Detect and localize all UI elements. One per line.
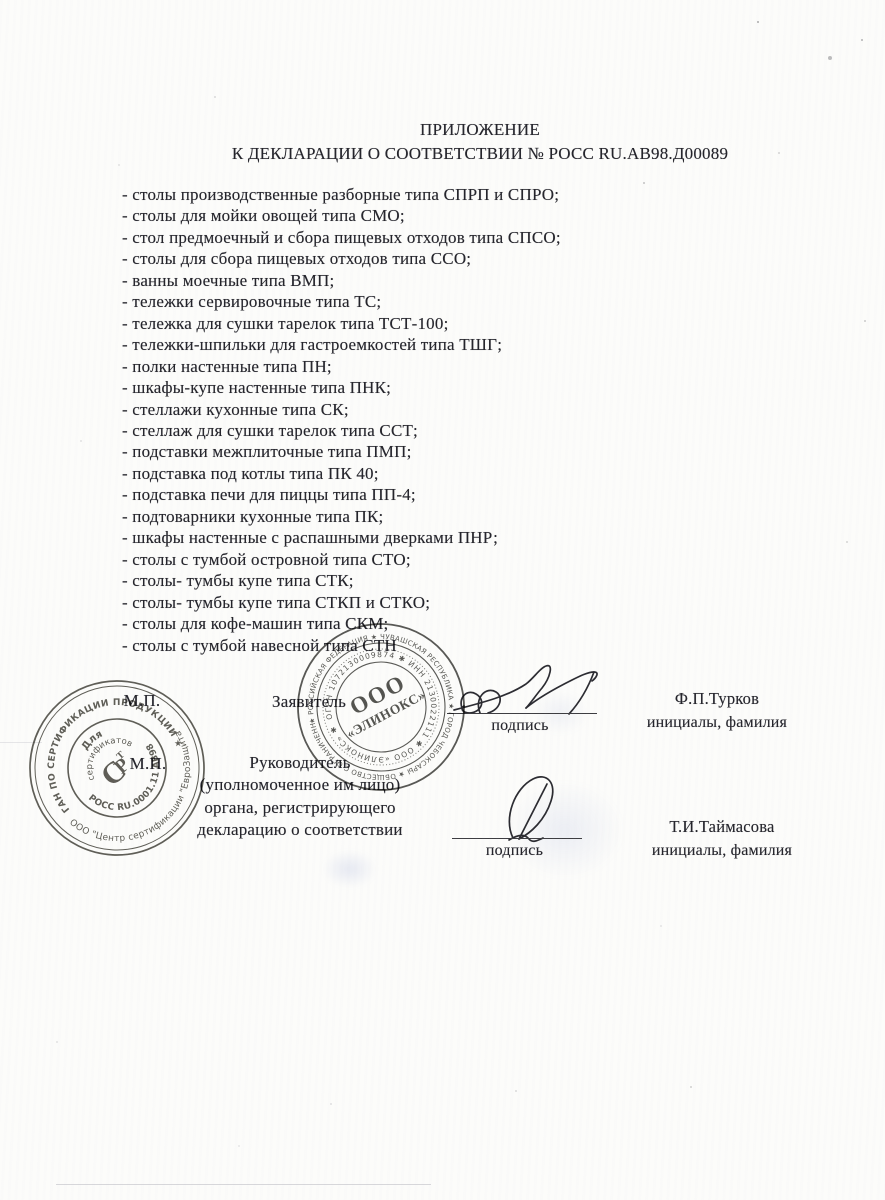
document-subtitle: К ДЕКЛАРАЦИИ О СООТВЕТСТВИИ № РОСС RU.АВ…	[75, 142, 885, 166]
product-list-item: - столы с тумбой островной типа СТО;	[122, 549, 561, 570]
scan-artifact-line	[56, 1184, 431, 1185]
product-list-item: - тележка для сушки тарелок типа ТСТ-100…	[122, 313, 561, 334]
product-list-item: - стол предмоечный и сбора пищевых отход…	[122, 227, 561, 248]
product-list-item: - подтоварники кухонные типа ПК;	[122, 506, 561, 527]
scan-noise	[0, 0, 2, 2]
product-list-item: - полки настенные типа ПН;	[122, 356, 561, 377]
product-list-item: - шкафы-купе настенные типа ПНК;	[122, 377, 561, 398]
product-list-item: - шкафы настенные с распашными дверками …	[122, 527, 561, 548]
product-list-item: - подставка печи для пиццы типа ПП-4;	[122, 484, 561, 505]
certification-body-stamp: ★ ОРГАН ПО СЕРТИФИКАЦИИ ПРОДУКЦИИ ★ ООО …	[25, 676, 209, 860]
product-list-item: - подставка под котлы типа ПК 40;	[122, 463, 561, 484]
product-list-item: - стеллаж для сушки тарелок типа ССТ;	[122, 420, 561, 441]
signature-caption-1: подпись	[455, 717, 585, 735]
applicant-name: Ф.П.Турков	[627, 689, 807, 709]
product-list-item: - тележки-шпильки для гастроемкостей тип…	[122, 334, 561, 355]
head-signature	[495, 768, 605, 846]
product-list-item: - стеллажи кухонные типа СК;	[122, 399, 561, 420]
document-header: ПРИЛОЖЕНИЕ К ДЕКЛАРАЦИИ О СООТВЕТСТВИИ №…	[75, 118, 885, 165]
svg-text:★ РОССИЙСКАЯ ФЕДЕРАЦИЯ ★ ЧУВАШ: ★ РОССИЙСКАЯ ФЕДЕРАЦИЯ ★ ЧУВАШСКАЯ РЕСПУ…	[292, 618, 470, 796]
rst-mark-icon: С Р Т	[94, 747, 139, 793]
product-list-item: - столы- тумбы купе типа СТКП и СТКО;	[122, 592, 561, 613]
document-title: ПРИЛОЖЕНИЕ	[75, 118, 885, 142]
signature-caption-2: подпись	[452, 842, 577, 860]
elinox-company-stamp: ★ РОССИЙСКАЯ ФЕДЕРАЦИЯ ★ ЧУВАШСКАЯ РЕСПУ…	[292, 618, 470, 796]
elinox-stamp-outer-ring-text: ★ РОССИЙСКАЯ ФЕДЕРАЦИЯ ★ ЧУВАШСКАЯ РЕСПУ…	[292, 618, 470, 796]
signature-stroke	[569, 672, 594, 714]
head-name: Т.И.Таймасова	[632, 817, 812, 837]
product-list-item: - подставки межплиточные типа ПМП;	[122, 441, 561, 462]
product-list: - столы производственные разборные типа …	[122, 184, 561, 656]
ink-smudge	[322, 850, 377, 888]
product-list-item: - ванны моечные типа ВМП;	[122, 270, 561, 291]
product-list-item: - тележки сервировочные типа ТС;	[122, 291, 561, 312]
product-list-item: - столы для сбора пищевых отходов типа С…	[122, 248, 561, 269]
applicant-name-caption: инициалы, фамилия	[627, 714, 807, 732]
signature-line-2	[452, 838, 582, 839]
stamp-outer-circle	[292, 618, 470, 796]
signature-stroke	[519, 784, 547, 839]
head-name-caption: инициалы, фамилия	[632, 842, 812, 860]
scanned-declaration-page: ПРИЛОЖЕНИЕ К ДЕКЛАРАЦИИ О СООТВЕТСТВИИ №…	[0, 0, 885, 1200]
product-list-item: - столы- тумбы купе типа СТК;	[122, 570, 561, 591]
product-list-item: - столы для мойки овощей типа СМО;	[122, 205, 561, 226]
product-list-item: - столы производственные разборные типа …	[122, 184, 561, 205]
